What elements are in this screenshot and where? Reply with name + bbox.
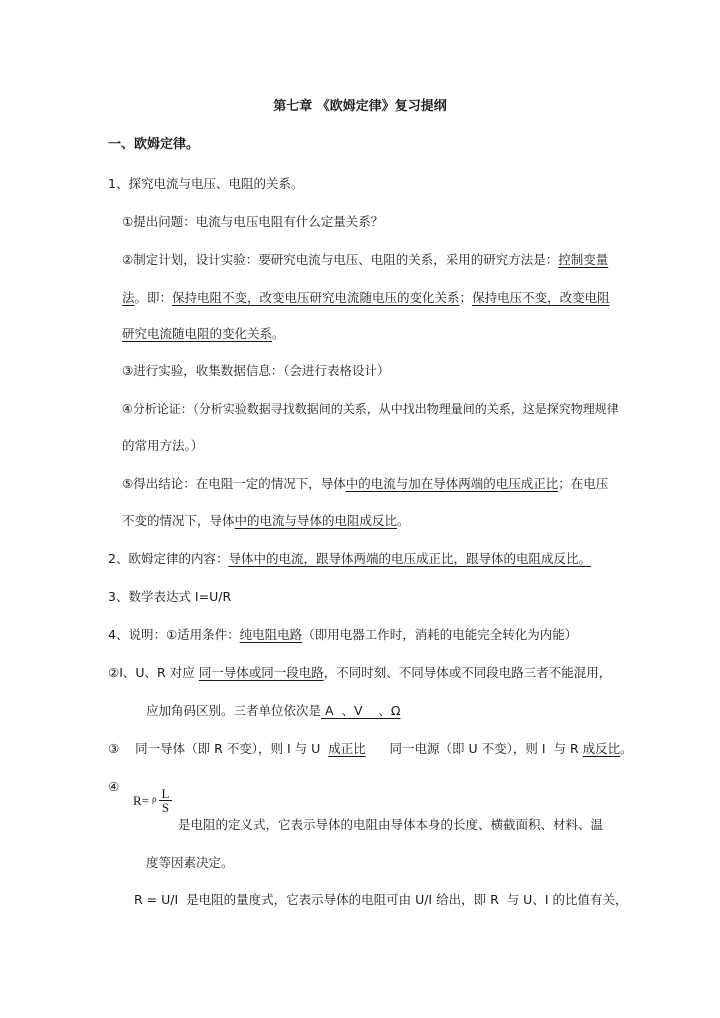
note-4-marker: ④ [108,779,119,795]
section-heading-ohms-law: 一、欧姆定律。 [108,137,199,153]
rho-symbol: ρ [152,794,157,804]
fraction: L S [159,787,173,814]
underlined-answer: 成正比 [328,741,366,756]
underlined-answer: 导体中的电流，跟导体两端的电压成正比，跟导体的电阻成反比。 [228,551,591,566]
item-4-explanation: 4、说明：①适用条件：纯电阻电路（即用电器工作时，消耗的电能完全转化为内能） [108,627,577,643]
static-text: ③ 同一导体（即 R 不变），则 I 与 U [108,741,328,756]
underlined-answer: 控制变量 [558,252,608,267]
step-2-line-2: 法。即：保持电阻不变，改变电压研究电流随电压的变化关系；保持电压不变，改变电阻 [122,290,610,306]
step-2-prefix: ②制定计划，设计实验：要研究电流与电压、电阻的关系，采用的研究方法是： [122,252,558,267]
static-text: 应加角码区别。三者单位依次是 [146,703,321,718]
static-text: 。 [272,326,285,341]
static-text: ⑤得出结论：在电阻一定的情况下，导体 [122,476,346,491]
static-text: 。 [397,513,410,528]
step-1-text: ①提出问题：电流与电压电阻有什么定量关系？ [122,214,383,230]
static-text: 4、说明：①适用条件： [108,627,240,642]
static-text: 同一电源（即 U 不变），则 I 与 R [366,741,583,756]
step-5-line-2: 不变的情况下，导体中的电流与导体的电阻成反比。 [122,513,410,529]
underlined-answer: 中的电流与加在导体两端的电压成正比 [346,476,559,491]
underlined-answer: 法 [122,290,135,305]
static-text: （即用电器工作时，消耗的电能完全转化为内能） [302,627,577,642]
step-2-line-1: ②制定计划，设计实验：要研究电流与电压、电阻的关系，采用的研究方法是：控制变量 [122,252,608,268]
underlined-answer: 同一导体或同一段电路 [199,665,324,680]
underlined-answer: 中的电流与导体的电阻成反比 [235,513,398,528]
step-4-line-1: ④分析论证：（分析实验数据寻找数据间的关系，从中找出物理量间的关系，这是探究物理… [122,401,619,417]
note-3: ③ 同一导体（即 R 不变），则 I 与 U 成正比 同一电源（即 U 不变），… [108,741,633,757]
underlined-answer: 保持电压不变，改变电阻 [472,290,610,305]
underlined-answer: 研究电流随电阻的变化关系 [122,326,272,341]
note-4-line-2: 度等因素决定。 [146,855,234,871]
note-2-line-2: 应加角码区别。三者单位依次是 A 、V 、Ω [146,703,400,719]
static-text: ，不同时刻、不同导体或不同段电路三者不能混用， [324,665,612,680]
item-3-expression: 3、数学表达式 I=U/R [108,589,231,605]
note-4-line-1: 是电阻的定义式，它表示导体的电阻由导体本身的长度、横截面积、材料、温 [178,817,603,833]
item-2-ohms-law-content: 2、欧姆定律的内容：导体中的电流，跟导体两端的电压成正比，跟导体的电阻成反比。 [108,551,591,567]
static-text: 不变的情况下，导体 [122,513,235,528]
note-4-line-3: R = U/I 是电阻的量度式，它表示导体的电阻可由 U/I 给出，即 R 与 … [134,892,627,908]
item-1-heading: 1、探究电流与电压、电阻的关系。 [108,176,303,192]
static-text: ；在电压 [558,476,608,491]
page-title: 第七章 《欧姆定律》复习提纲 [0,99,720,115]
underlined-answer: 纯电阻电路 [240,627,303,642]
step-2-line-3: 研究电流随电阻的变化关系。 [122,326,285,342]
static-text: 。即： [135,290,173,305]
numerator: L [159,787,173,801]
step-4-line-2: 的常用方法。） [122,438,203,454]
static-text: ②I、U、R 对应 [108,665,199,680]
step-3-text: ③进行实验，收集数据信息：（会进行表格设计） [122,363,389,379]
underlined-answer: 保持电阻不变，改变电压研究电流随电压的变化关系 [172,290,460,305]
static-text: 2、欧姆定律的内容： [108,551,228,566]
formula-lhs: R= [133,793,149,809]
resistance-formula: R= ρ L S [133,787,172,814]
note-2-line-1: ②I、U、R 对应 同一导体或同一段电路，不同时刻、不同导体或不同段电路三者不能… [108,665,611,681]
static-text: 。 [620,741,633,756]
underlined-answer: 成反比 [583,741,621,756]
static-text: ； [460,290,473,305]
step-5-line-1: ⑤得出结论：在电阻一定的情况下，导体中的电流与加在导体两端的电压成正比；在电压 [122,476,608,492]
underlined-answer: A 、V 、Ω [321,703,400,718]
denominator: S [162,801,169,814]
